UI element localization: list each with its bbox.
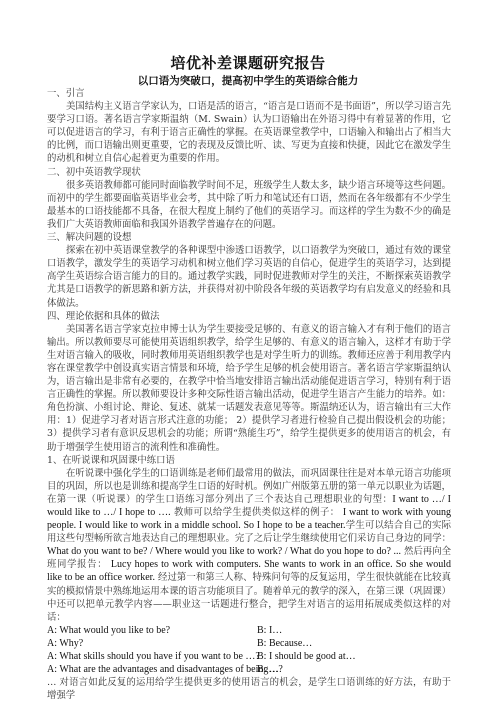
dialog-line: A: Why? B: Because… <box>47 637 451 650</box>
text-run: 在听说课中强化学生的口语训练是老师们最常用的做法，而巩固课往往是对本单元语言功能… <box>47 468 451 505</box>
section-heading-ideas: 三、解决问题的设想 <box>47 231 451 244</box>
text-run: 教师可以给学生提供类似这样的例子： <box>171 507 343 518</box>
dialog-block: A: What would you like to be? B: I… A: W… <box>47 624 451 676</box>
dialog-b: B: I should be good at… <box>257 650 356 663</box>
section-heading-intro: 一、引言 <box>47 87 451 100</box>
dialog-b: B: I… <box>257 624 282 637</box>
english-questions: What do you want to be? / Where would yo… <box>47 546 401 557</box>
dialog-b: B: … <box>257 663 279 676</box>
section-heading-status: 二、初中英语教学现状 <box>47 166 451 179</box>
paragraph-theory: 美国著名语言学家克拉申博士认为学生要接受足够的、有意义的语言输入才有利于他们的语… <box>47 323 451 454</box>
paragraph-ideas: 探索在初中英语课堂教学的各种课型中渗透口语教学，以口语教学为突破口，通过有效的课… <box>47 244 451 309</box>
paragraph-speaking: 在听说课中强化学生的口语训练是老师们最常用的做法，而巩固课往往是对本单元语言功能… <box>47 467 451 624</box>
dialog-b: B: Because… <box>257 637 312 650</box>
dialog-line: A: What would you like to be? B: I… <box>47 624 451 637</box>
dialog-a: A: Why? <box>47 637 257 650</box>
paragraph-status: 很多英语教师都可能同时面临教学时间不足，班级学生人数太多，缺少语言环境等这些问题… <box>47 179 451 231</box>
dialog-a: A: What would you like to be? <box>47 624 257 637</box>
document-subtitle: 以口语为突破口，提高初中学生的英语综合能力 <box>0 73 496 88</box>
dialog-a: A: What are the advantages and disadvant… <box>47 663 257 676</box>
paragraph-closing: … 对语言如此反复的运用给学生提供更多的使用语言的机会，是学生口语训练的好方法，… <box>47 676 451 702</box>
document-title: 培优补差课题研究报告 <box>0 52 496 73</box>
section-heading-theory: 四、理论依据和具体的做法 <box>47 310 451 323</box>
document-page: 培优补差课题研究报告 以口语为突破口，提高初中学生的英语综合能力 一、引言 美国… <box>0 0 496 702</box>
dialog-line: A: What skills should you have if you wa… <box>47 650 451 663</box>
paragraph-intro: 美国结构主义语言学家认为，口语是活的语言，“语言是口语而不是书面语”，所以学习语… <box>47 100 451 165</box>
dialog-a: A: What skills should you have if you wa… <box>47 650 257 663</box>
subsection-heading-speaking: 1、在听说课和巩固课中练口语 <box>47 454 451 467</box>
document-body: 一、引言 美国结构主义语言学家认为，口语是活的语言，“语言是口语而不是书面语”，… <box>47 87 451 702</box>
dialog-line: A: What are the advantages and disadvant… <box>47 663 451 676</box>
